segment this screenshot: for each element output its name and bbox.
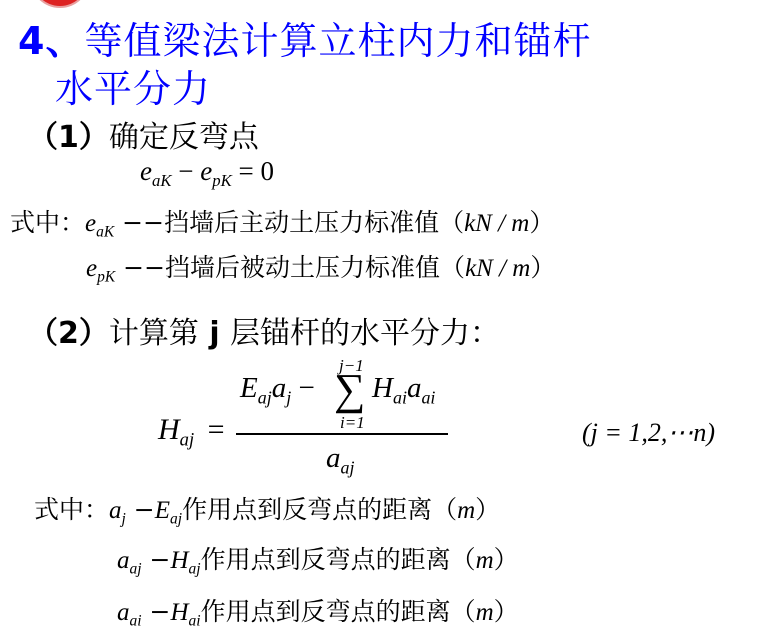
term-H: H bbox=[372, 372, 393, 404]
title-text-1: 等值梁法计算立柱内力和锚杆 bbox=[84, 19, 591, 63]
section2-heading: （2）计算第 j 层锚杆的水平分力： bbox=[28, 308, 500, 352]
d2-ref: H bbox=[170, 547, 188, 574]
inflection-equation: eaK − epK = 0 bbox=[140, 156, 274, 191]
d1-dash: − bbox=[126, 495, 155, 524]
section1-number: （1） bbox=[28, 120, 109, 155]
d1-text: 作用点到反弯点的距离（ bbox=[182, 495, 457, 524]
term-a-sub: ai bbox=[421, 387, 435, 407]
formula-numerator: Eajaj − bbox=[240, 372, 315, 408]
den-a: a bbox=[326, 442, 341, 474]
d3-ref-sub: ai bbox=[189, 612, 201, 629]
eq-sub-pK: pK bbox=[212, 171, 232, 190]
def2-unit: kN / m bbox=[465, 255, 530, 282]
d3-dash: − bbox=[142, 597, 171, 626]
section2-def-1: 式中：aj −Eaj作用点到反弯点的距离（m） bbox=[34, 490, 500, 528]
d2-close: ） bbox=[494, 545, 519, 574]
def1-symbol: e bbox=[85, 210, 96, 237]
num-a-sub: j bbox=[286, 387, 291, 407]
def1-close: ） bbox=[529, 208, 554, 237]
section2-def-3: aai −Hai作用点到反弯点的距离（m） bbox=[117, 592, 519, 630]
num-a: a bbox=[272, 372, 287, 404]
d1-symbol: a bbox=[109, 497, 122, 524]
section2-j: j bbox=[199, 316, 230, 351]
def2-symbol: e bbox=[86, 255, 97, 282]
d1-ref: E bbox=[155, 497, 170, 524]
eq-sub-aK: aK bbox=[152, 171, 172, 190]
d2-sub: aj bbox=[130, 560, 142, 577]
section1-heading: （1）确定反弯点 bbox=[28, 112, 259, 156]
where-label-2: 式中： bbox=[34, 495, 109, 524]
lhs-sub: aj bbox=[180, 430, 194, 451]
d1-close: ） bbox=[475, 495, 500, 524]
fraction-bar bbox=[236, 433, 448, 435]
term-a: a bbox=[407, 372, 422, 404]
section1-def-2: epK −−挡墙后被动土压力标准值（kN / m） bbox=[86, 248, 555, 286]
eq-e1: e bbox=[140, 156, 152, 186]
d3-sub: ai bbox=[130, 612, 142, 629]
section1-def-1: 式中：eaK −−挡墙后主动土压力标准值（kN / m） bbox=[10, 203, 554, 241]
d3-close: ） bbox=[494, 597, 519, 626]
decorative-red-badge bbox=[30, 0, 90, 8]
d2-text: 作用点到反弯点的距离（ bbox=[201, 545, 476, 574]
def2-sub: pK bbox=[97, 268, 115, 285]
def2-dash: −− bbox=[115, 253, 165, 282]
def1-sub: aK bbox=[96, 223, 114, 240]
def1-dash: −− bbox=[114, 208, 164, 237]
eq-rhs: = 0 bbox=[232, 156, 274, 186]
den-a-sub: aj bbox=[341, 457, 355, 477]
def1-unit: kN / m bbox=[464, 210, 529, 237]
d3-unit: m bbox=[476, 599, 494, 626]
sum-lower-limit: i=1 bbox=[340, 413, 365, 433]
formula-denominator: aaj bbox=[326, 442, 354, 478]
d2-ref-sub: aj bbox=[189, 560, 201, 577]
section2-def-2: aaj −Haj作用点到反弯点的距离（m） bbox=[117, 540, 519, 578]
equals-sign: = bbox=[208, 413, 225, 446]
def1-text: 挡墙后主动土压力标准值（ bbox=[164, 208, 464, 237]
num-E-sub: aj bbox=[258, 387, 272, 407]
d3-symbol: a bbox=[117, 599, 130, 626]
eq-e2: e bbox=[200, 156, 212, 186]
d2-dash: − bbox=[142, 545, 171, 574]
index-range: (j = 1,2,⋯n) bbox=[582, 418, 715, 448]
lhs-H: H bbox=[158, 413, 180, 446]
title-number: 4、 bbox=[18, 19, 84, 63]
d3-ref: H bbox=[170, 599, 188, 626]
d1-unit: m bbox=[457, 497, 475, 524]
d1-ref-sub: aj bbox=[170, 510, 182, 527]
section2-title-a: 计算第 bbox=[109, 316, 199, 351]
sigma-symbol: ∑ bbox=[334, 364, 365, 415]
def2-close: ） bbox=[530, 253, 555, 282]
num-minus: − bbox=[298, 372, 314, 404]
term-H-sub: ai bbox=[393, 387, 407, 407]
section2-title-b: 层锚杆的水平分力： bbox=[230, 316, 500, 351]
formula-lhs: Haj = bbox=[158, 413, 225, 452]
num-E: E bbox=[240, 372, 258, 404]
d2-unit: m bbox=[476, 547, 494, 574]
section1-title: 确定反弯点 bbox=[109, 120, 259, 155]
d3-text: 作用点到反弯点的距离（ bbox=[201, 597, 476, 626]
section2-number: （2） bbox=[28, 316, 109, 351]
d2-symbol: a bbox=[117, 547, 130, 574]
slide-title-line1: 4、等值梁法计算立柱内力和锚杆 bbox=[18, 10, 591, 65]
where-label-1: 式中： bbox=[10, 208, 85, 237]
sum-term: Haiaai bbox=[372, 372, 435, 408]
def2-text: 挡墙后被动土压力标准值（ bbox=[165, 253, 465, 282]
slide-title-line2: 水平分力 bbox=[55, 58, 211, 113]
eq-minus: − bbox=[172, 156, 201, 186]
